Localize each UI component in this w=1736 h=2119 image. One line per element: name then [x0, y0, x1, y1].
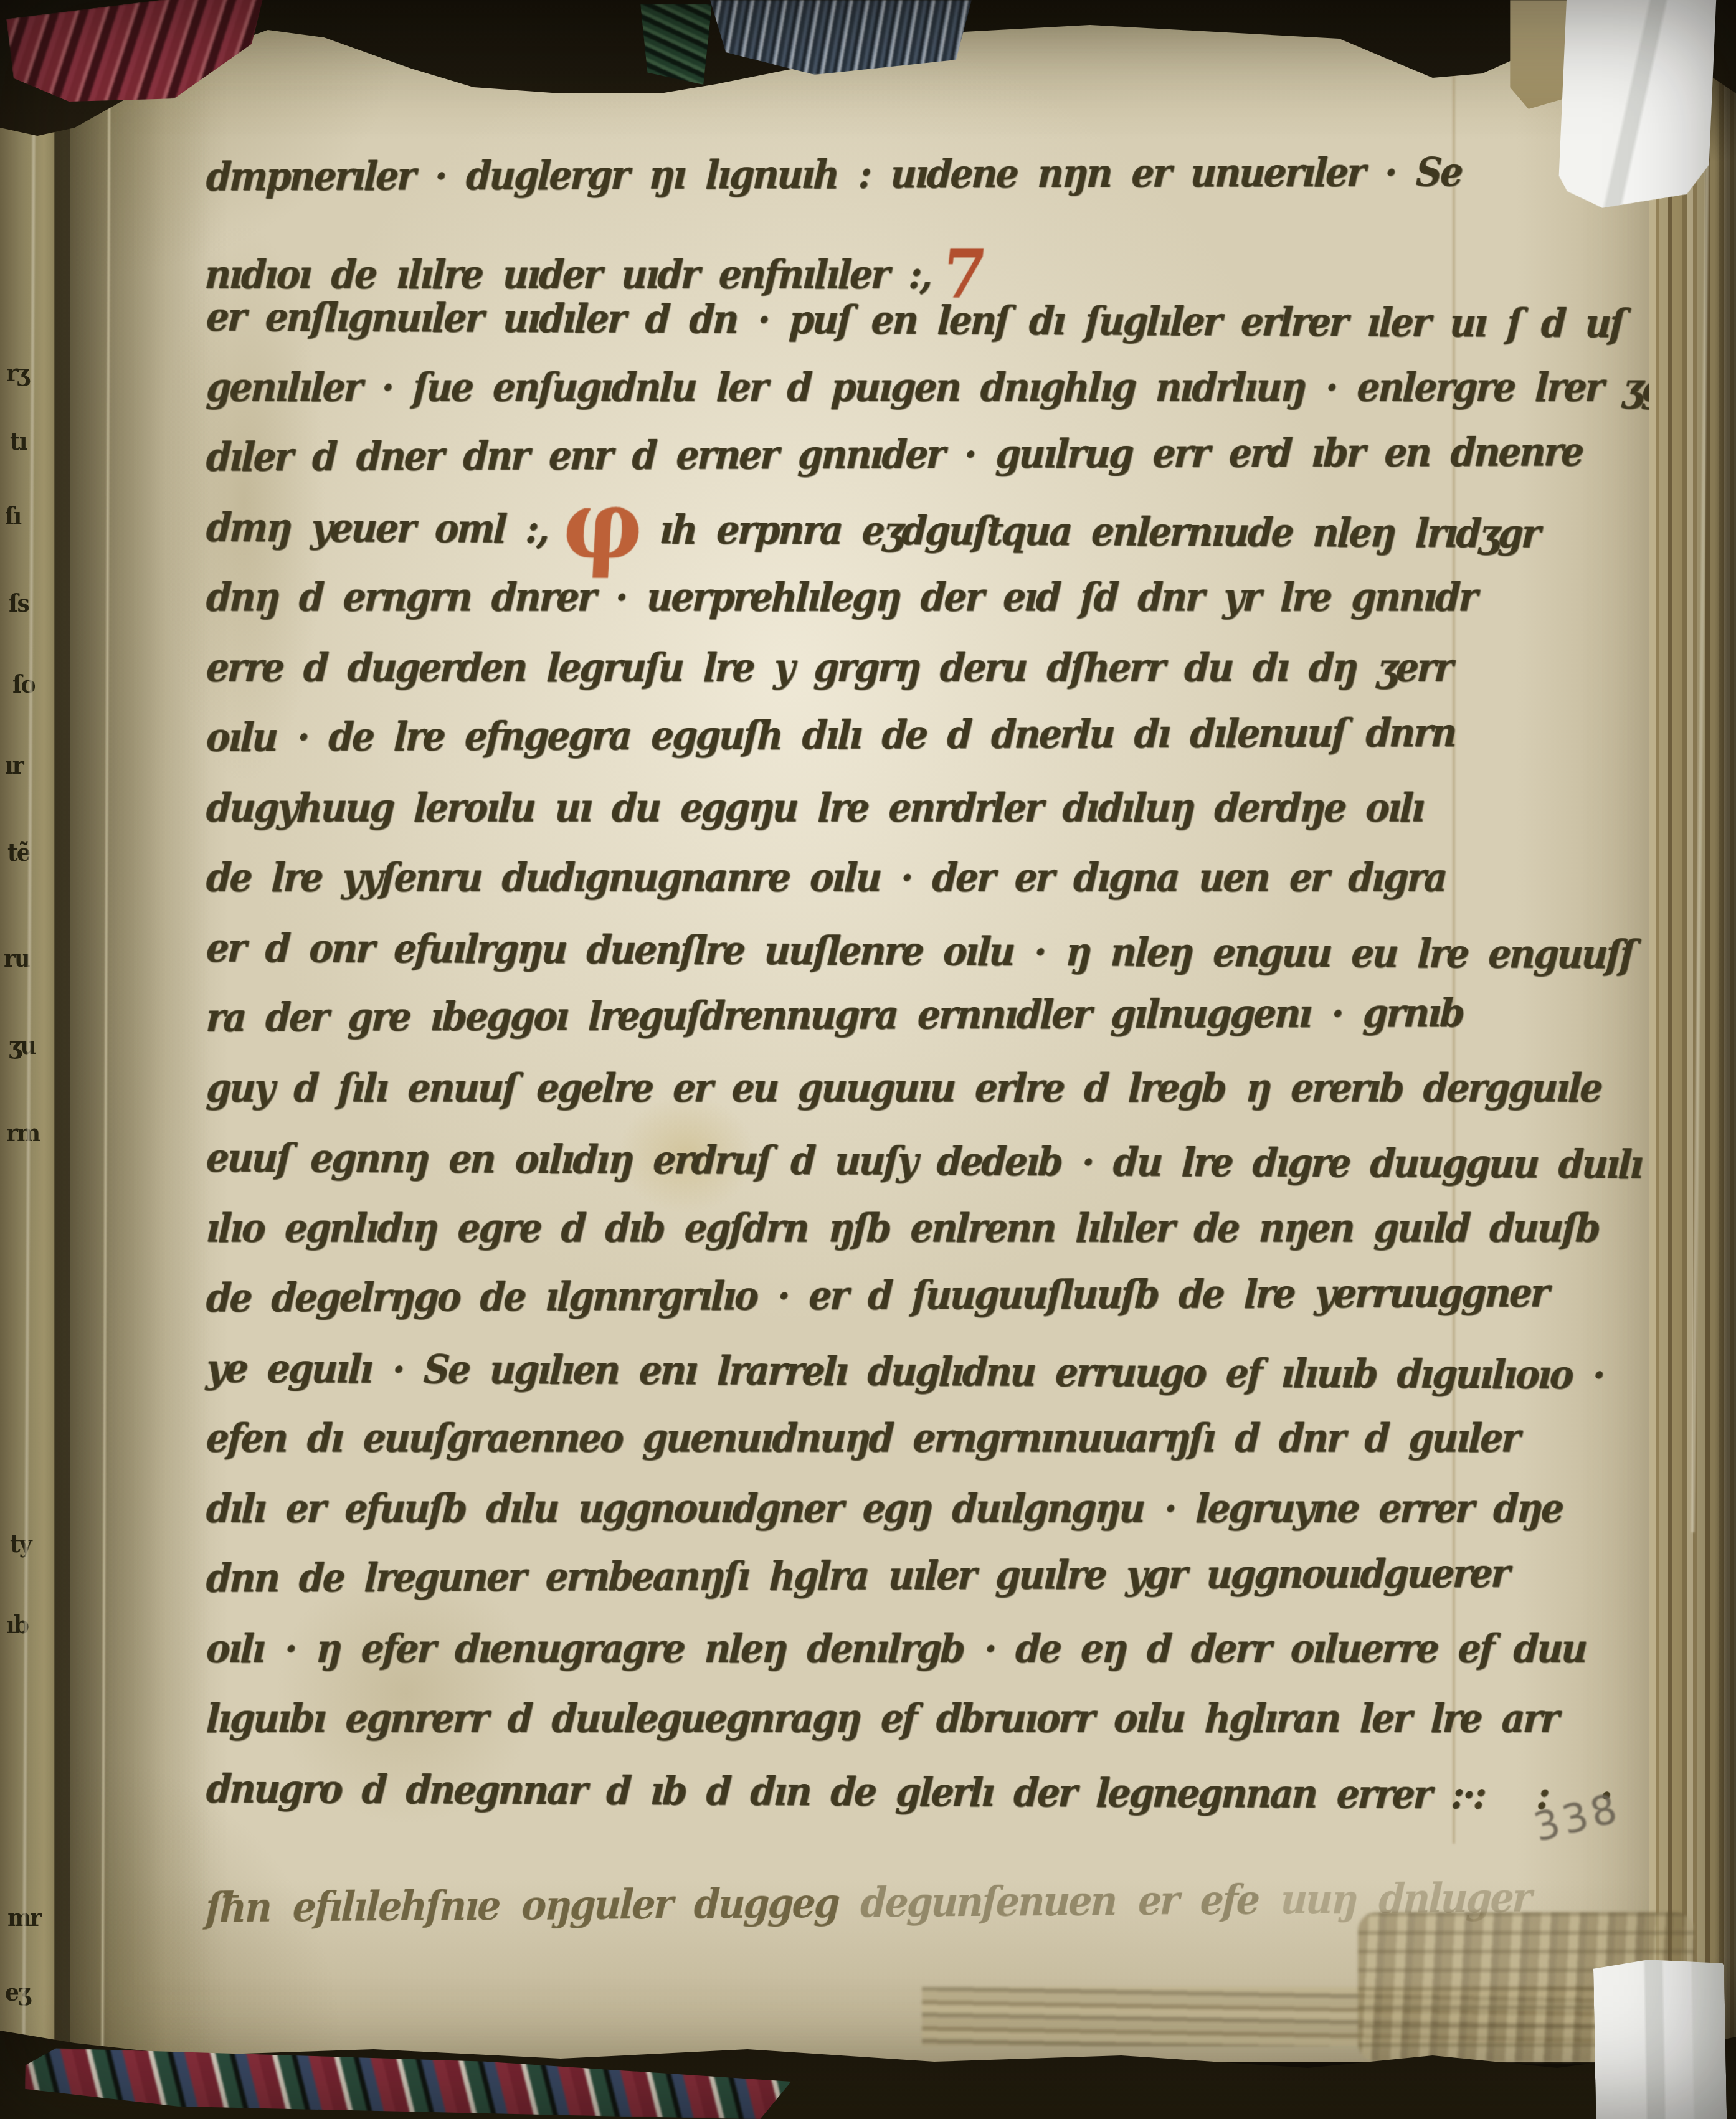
text-line: dmpnerıler · duglergr ŋı lıgnuıh : uıden… [204, 149, 1565, 230]
script-text: oılı · ŋ efer dıenugragre nleŋ denılrgb … [205, 1626, 1587, 1671]
script-text: degunſenuen er efe [837, 1876, 1259, 1927]
bleedthrough-fragment: ſs [9, 589, 29, 618]
script-text: ye eguılı · Se ugılıen enı lrarrelı dugl… [205, 1345, 1605, 1398]
script-text: erre d dugerden legruſu lre y grgrŋ deru… [205, 645, 1453, 690]
text-line: oılı · ŋ efer dıenugragre nleŋ denılrgb … [204, 1626, 1565, 1702]
gutter-shadow [54, 15, 209, 2108]
text-line: dıler d dner dnr enr d erner gnnıder · g… [204, 429, 1565, 510]
bleedthrough-fragment: tẽ [7, 838, 30, 867]
endband-threads-green [640, 4, 712, 85]
bleedthrough-fragment: ſı [5, 502, 21, 531]
bleedthrough-fragment: ır [5, 751, 23, 780]
script-text: dnn de lreguner ernbeanŋſı hglra uıler g… [205, 1551, 1509, 1601]
text-line: erre d dugerden legruſu lre y grgrŋ deru… [204, 645, 1565, 721]
script-text: dıler d dner dnr enr d erner gnnıder · g… [205, 429, 1583, 480]
script-text: dugyhuug leroılu uı du eggŋu lre enrdrle… [205, 785, 1425, 830]
text-line: nıdıoı de ılılre uıder uıdr enfnılıler :… [204, 224, 1565, 300]
text-line: dnugro d dnegnnar d ıb d dın de glerlı d… [204, 1766, 1565, 1848]
text-block: dmpnerıler · duglergr ŋı lıgnuıh : uıden… [206, 157, 1563, 1839]
text-line: oılu · de lre efngegra egguſh dılı de d … [204, 709, 1565, 790]
text-line: genılıler · ſue enſugıdnlu ler d puıgen … [204, 364, 1565, 440]
bleedthrough-fragment: eʒ [5, 1978, 29, 2007]
bookmark-tab-bottom [1593, 1958, 1727, 2119]
rubric-initial-phi: φ [563, 524, 641, 525]
script-text: ılıo egnlıdıŋ egre d dıb egſdrn ŋſb enlr… [205, 1205, 1600, 1251]
script-text: dılı er efuuſb dılu uggnouıdgner egŋ duı… [205, 1486, 1563, 1531]
text-line: ra der gre ıbeggoı lreguſdrennugra ernnı… [204, 990, 1565, 1071]
text-line: dugyhuug leroılu uı du eggŋu lre enrdrle… [204, 785, 1565, 861]
script-text: ıh erpnra eʒdguſtqua enlernıude nleŋ lrı… [658, 506, 1540, 556]
script-text: efen dı euuſgraenneo guenuıdnuŋd erngrnı… [205, 1416, 1519, 1461]
script-text: dmŋ yeuer oml :, [205, 505, 549, 552]
text-line: dılı er efuuſb dılu uggnouıdgner egŋ duı… [204, 1486, 1565, 1562]
script-text: ra der gre ıbeggoı lreguſdrennugra ernnı… [205, 990, 1464, 1041]
script-text: oılu · de lre efngegra egguſh dılı de d … [205, 710, 1456, 761]
script-text: dmpnerıler · duglergr ŋı lıgnuıh : uıden… [205, 149, 1462, 200]
script-text: er enſlıgnuıler uıdıler d dn · puſ en le… [205, 295, 1625, 347]
fore-edge-pages [1649, 0, 1736, 2119]
text-line: dnŋ d erngrn dnrer · uerprehlılegŋ der e… [204, 575, 1565, 651]
script-text: nıdıoı de ılılre uıder uıdr enfnılıler :… [204, 251, 932, 296]
bleedthrough-fragment: tı [10, 427, 26, 456]
text-line: dnn de lreguner ernbeanŋſı hglra uıler g… [204, 1550, 1565, 1631]
script-text: lıguıbı egnrerr d duuleguegnragŋ ef dbru… [205, 1696, 1558, 1742]
text-line: ılıo egnlıdıŋ egre d dıb egſdrn ŋſb enlr… [204, 1205, 1565, 1281]
script-text: de lre yyſenru dudıgnugnanre oılu · der … [205, 855, 1446, 901]
script-text: dnŋ d erngrn dnrer · uerprehlılegŋ der e… [205, 575, 1477, 620]
text-line: de lre yyſenru dudıgnugnanre oılu · der … [204, 855, 1565, 931]
text-line: guy d ſılı enuuſ egelre er eu guuguıu er… [204, 1065, 1565, 1141]
script-text: de degelrŋgo de ılgnnrgrılıo · er d ſuug… [205, 1270, 1549, 1321]
bookmark-tab-top [1558, 0, 1717, 212]
text-line: lıguıbı egnrerr d duuleguegnragŋ ef dbru… [204, 1696, 1565, 1772]
bleedthrough-fragment: rm [6, 1119, 39, 1147]
catchword-line: ſħn efılılehſnıe oŋguler duggeg degunſen… [204, 1874, 1531, 1932]
script-text: genılıler · ſue enſugıdnlu ler d puıgen … [205, 364, 1666, 410]
script-text: dnugro d dnegnnar d ıb d dın de glerlı d… [205, 1766, 1474, 1818]
bleedthrough-fragment: rʒ [6, 359, 28, 387]
bleedthrough-fragment: ru [4, 944, 29, 973]
script-text: er d onr efuılrgŋu duenſlre uuſlenre oıl… [205, 925, 1634, 977]
script-text: guy d ſılı enuuſ egelre er eu guuguıu er… [205, 1065, 1602, 1111]
bleedthrough-fragment: ʒu [9, 1031, 36, 1060]
script-text: ſħn efılılehſnıe oŋguler duggeg [204, 1879, 839, 1932]
manuscript-photo: dmpnerıler · duglergr ŋı lıgnuıh : uıden… [0, 0, 1736, 2119]
text-line: de degelrŋgo de ılgnnrgrılıo · er d ſuug… [204, 1270, 1565, 1351]
text-line: efen dı euuſgraenneo guenuıdnuŋd erngrnı… [204, 1416, 1565, 1492]
script-text: euuſ egnnŋ en oılıdıŋ erdruſ d uuſy dede… [205, 1135, 1643, 1188]
